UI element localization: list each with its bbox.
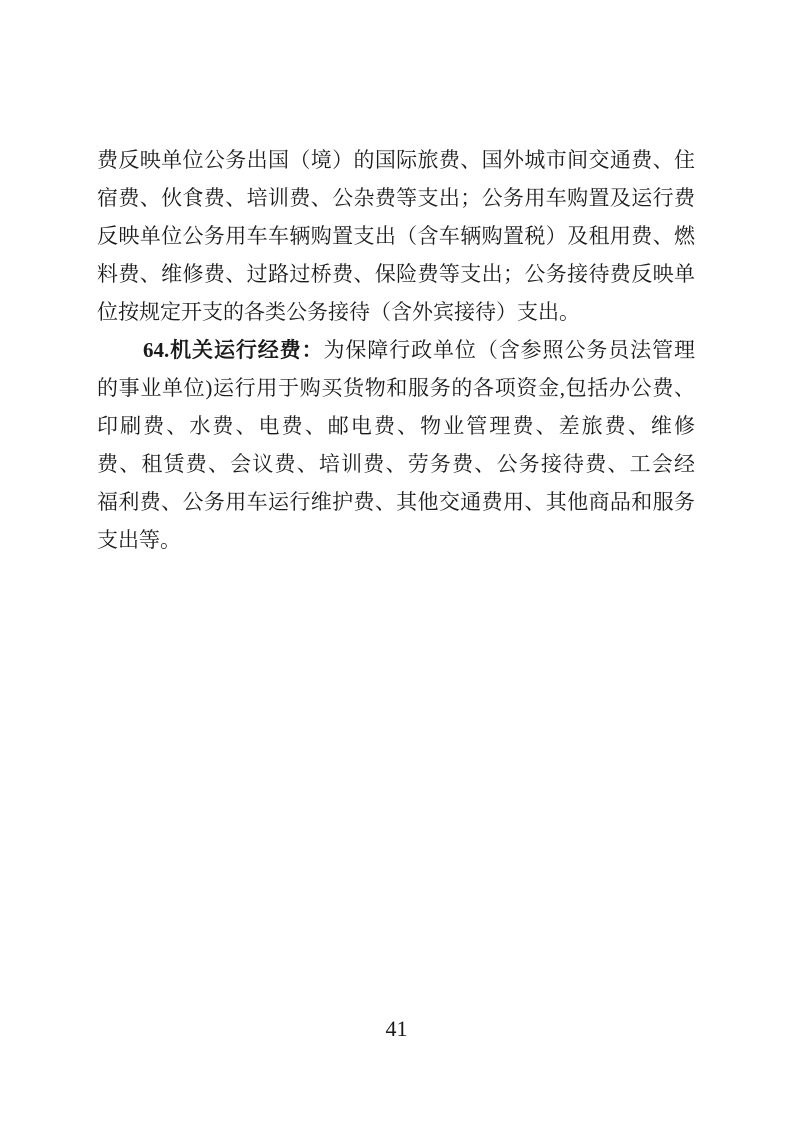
page-number: 41: [0, 1016, 793, 1042]
text-line: 料费、维修费、过路过桥费、保险费等支出；公务接待费反映单: [97, 255, 695, 293]
text-line: 位按规定开支的各类公务接待（含外宾接待）支出。: [97, 293, 695, 331]
text-line: 印刷费、水费、电费、邮电费、物业管理费、差旅费、维修（护）: [97, 407, 695, 445]
document-page: 费反映单位公务出国（境）的国际旅费、国外城市间交通费、住 宿费、伙食费、培训费、…: [0, 0, 793, 1122]
text-line: 福利费、公务用车运行维护费、其他交通费用、其他商品和服务: [97, 483, 695, 521]
term-label: 64.机关运行经费：: [143, 338, 324, 362]
text-line: 费反映单位公务出国（境）的国际旅费、国外城市间交通费、住: [97, 141, 695, 179]
text-line: 费、租赁费、会议费、培训费、劳务费、公务接待费、工会经费、: [97, 445, 695, 483]
text-line: 的事业单位)运行用于购买货物和服务的各项资金,包括办公费、: [97, 369, 695, 407]
text-line: 反映单位公务用车车辆购置支出（含车辆购置税）及租用费、燃: [97, 217, 695, 255]
text-line: 支出等。: [97, 521, 695, 559]
text-line: 64.机关运行经费：为保障行政单位（含参照公务员法管理: [97, 331, 695, 369]
body-text: 费反映单位公务出国（境）的国际旅费、国外城市间交通费、住 宿费、伙食费、培训费、…: [97, 141, 695, 559]
term-definition-start: 为保障行政单位（含参照公务员法管理: [324, 338, 696, 362]
text-line: 宿费、伙食费、培训费、公杂费等支出；公务用车购置及运行费: [97, 179, 695, 217]
